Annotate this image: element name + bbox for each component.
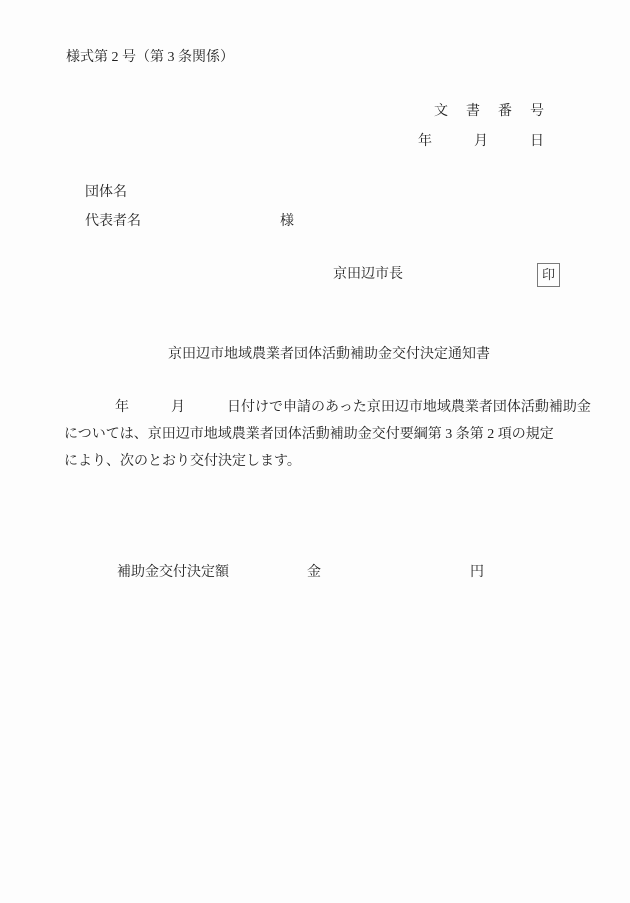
form-number-label: 様式第 2 号（第 3 条関係） [66, 50, 234, 66]
issuer-title-mayor: 京田辺市長 [333, 267, 403, 283]
body-line-2: については、京田辺市地域農業者団体活動補助金交付要綱第 3 条第 2 項の規定 [64, 427, 554, 443]
representative-name-label: 代表者名 [85, 214, 141, 230]
honorific-sama: 様 [280, 214, 294, 230]
seal-box: 印 [537, 263, 560, 287]
body-line-1: 年 月 日付けで申請のあった京田辺市地域農業者団体活動補助金 [115, 400, 591, 416]
document-title: 京田辺市地域農業者団体活動補助金交付決定通知書 [168, 347, 490, 363]
date-placeholder: 年 月 日 [418, 134, 544, 150]
decision-amount-label: 補助金交付決定額 [117, 565, 229, 581]
doc-number-label: 文 書 番 号 [434, 104, 546, 120]
currency-prefix-kin: 金 [307, 565, 321, 581]
currency-suffix-yen: 円 [470, 565, 484, 581]
body-line-3: により、次のとおり交付決定します。 [64, 454, 301, 470]
document-page: 様式第 2 号（第 3 条関係） 文 書 番 号 年 月 日 団体名 代表者名 … [0, 0, 630, 903]
group-name-label: 団体名 [85, 185, 127, 201]
